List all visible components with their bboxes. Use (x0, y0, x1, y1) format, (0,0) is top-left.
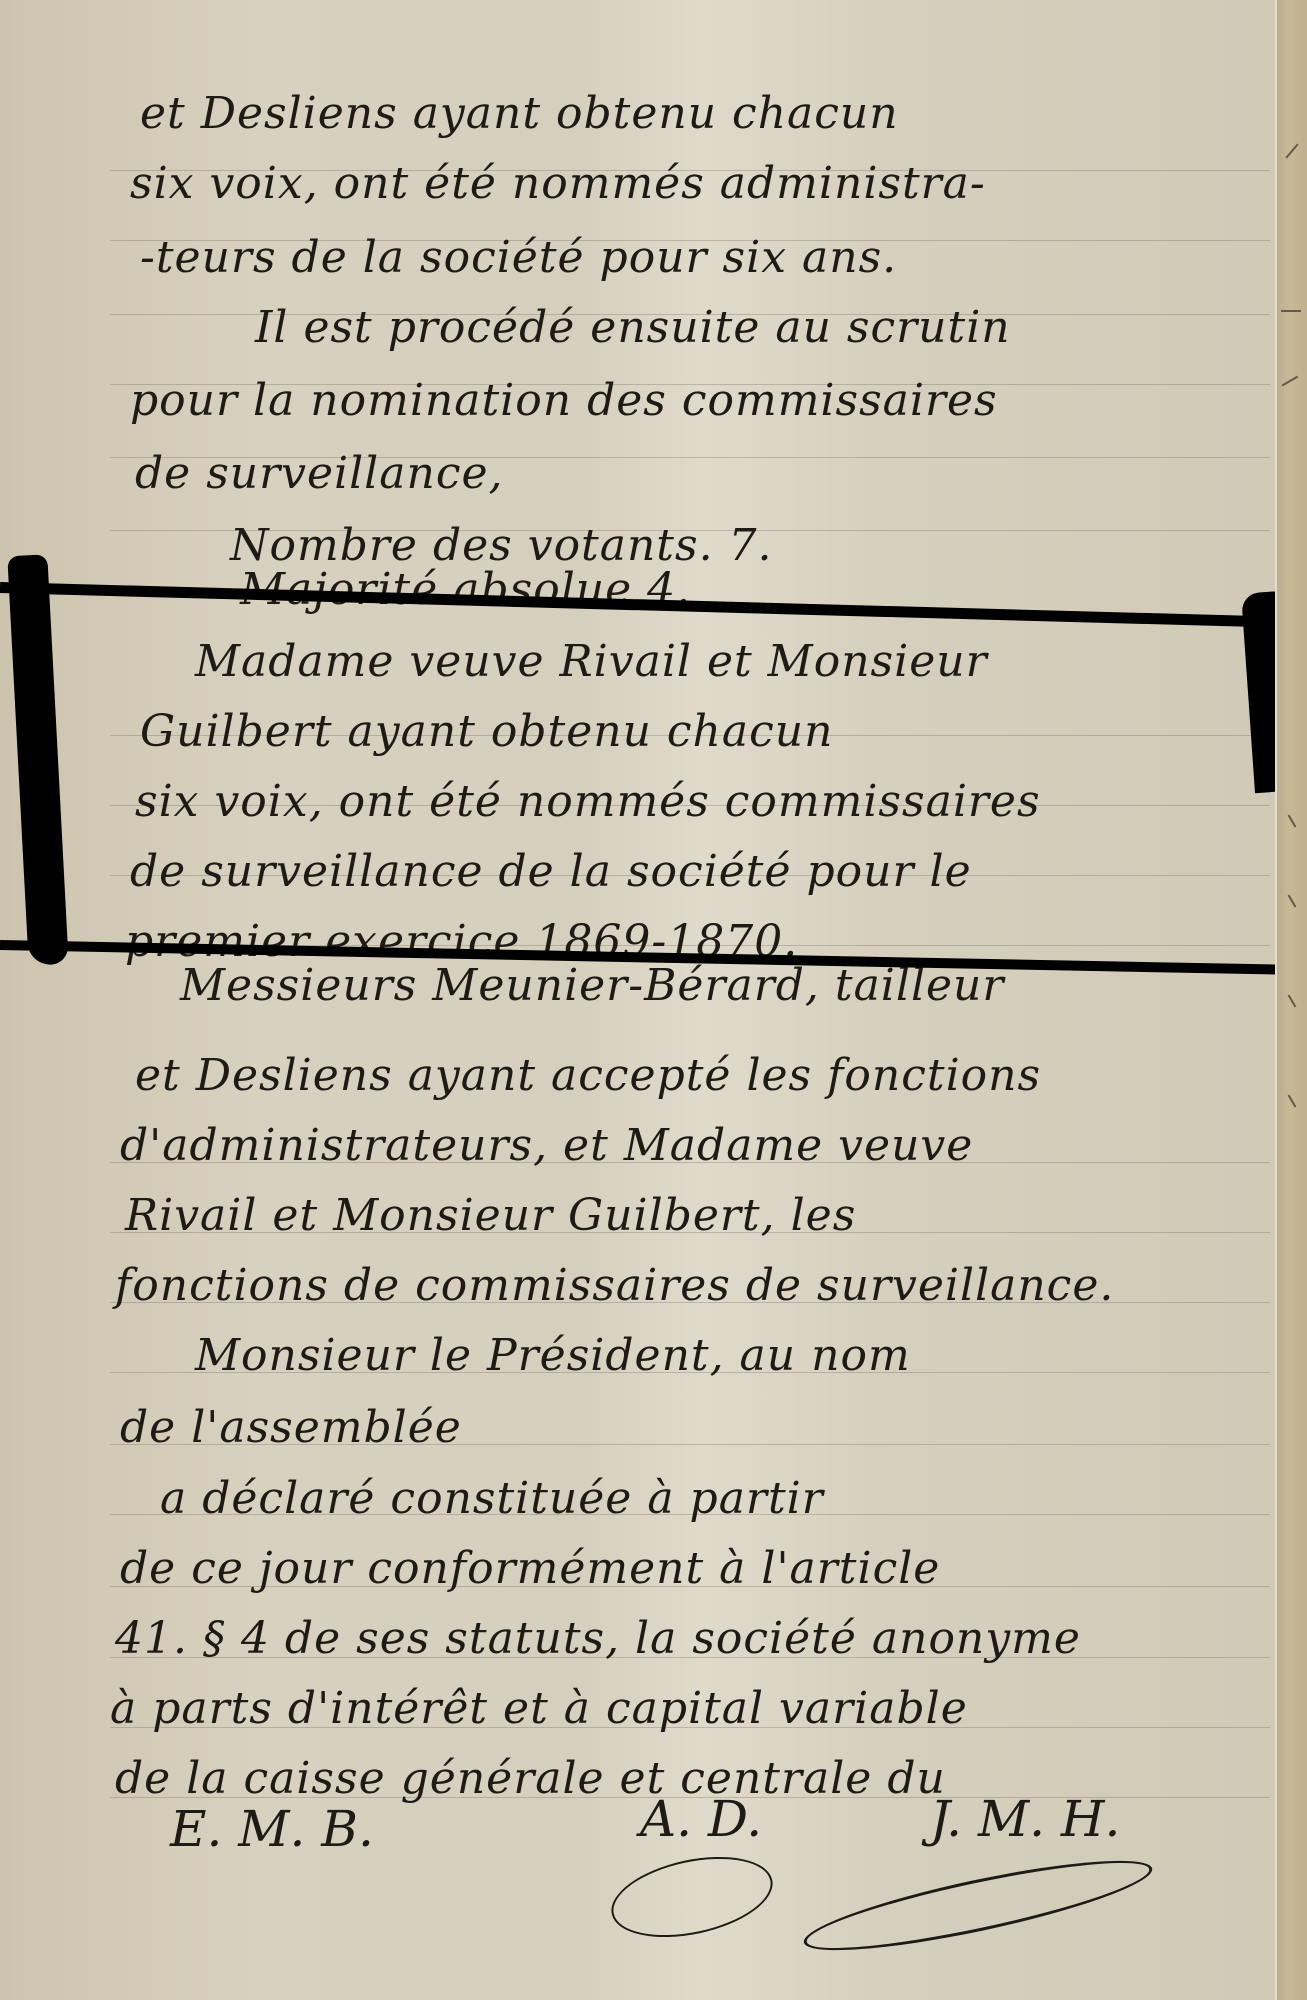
manuscript-line: fonctions de commissaires de surveillanc… (115, 1260, 1114, 1311)
manuscript-line: six voix, ont été nommés administra- (130, 158, 986, 209)
marker-left-bracket (7, 554, 68, 966)
manuscript-line: à parts d'intérêt et à capital variable (110, 1683, 968, 1734)
manuscript-line: Madame veuve Rivail et Monsieur (195, 636, 988, 687)
manuscript-line: 41. § 4 de ses statuts, la société anony… (115, 1613, 1081, 1664)
initials-signature: A. D. (640, 1790, 762, 1848)
manuscript-line: de l'assemblée (120, 1402, 462, 1453)
manuscript-line: d'administrateurs, et Madame veuve (120, 1120, 973, 1171)
initials-signature: J. M. H. (930, 1790, 1120, 1848)
manuscript-line: Il est procédé ensuite au scrutin (255, 302, 1011, 353)
manuscript-line: Rivail et Monsieur Guilbert, les (125, 1190, 856, 1241)
edge-ink-mark (1282, 376, 1299, 387)
edge-ink-mark (1288, 894, 1297, 907)
manuscript-line: -teurs de la société pour six ans. (140, 232, 897, 283)
signature-flourish (604, 1844, 780, 1950)
adjacent-page-edge (1275, 0, 1307, 2000)
manuscript-line: Monsieur le Président, au nom (195, 1330, 911, 1381)
signature-flourish (799, 1844, 1158, 1968)
manuscript-line: et Desliens ayant accepté les fonctions (135, 1050, 1041, 1101)
struck-manuscript-line: Messieurs Meunier-Bérard, tailleur (180, 960, 1004, 1011)
manuscript-line: de ce jour conformément à l'article (120, 1543, 940, 1594)
manuscript-line: de surveillance de la société pour le (130, 846, 972, 897)
edge-ink-mark (1281, 310, 1301, 312)
manuscript-line: de la caisse générale et centrale du (115, 1753, 946, 1804)
edge-ink-mark (1285, 143, 1298, 158)
manuscript-line: Guilbert ayant obtenu chacun (140, 706, 833, 757)
manuscript-page: et Desliens ayant obtenu chacun six voix… (0, 0, 1275, 2000)
manuscript-line: de surveillance, (135, 448, 504, 499)
initials-signature: E. M. B. (170, 1800, 374, 1858)
manuscript-line: et Desliens ayant obtenu chacun (140, 88, 899, 139)
manuscript-line: a déclaré constituée à partir (160, 1473, 824, 1524)
edge-ink-mark (1288, 1094, 1297, 1107)
edge-ink-mark (1288, 814, 1297, 827)
manuscript-line: six voix, ont été nommés commissaires (135, 776, 1041, 827)
manuscript-line: pour la nomination des commissaires (130, 375, 998, 426)
edge-ink-mark (1288, 994, 1297, 1007)
